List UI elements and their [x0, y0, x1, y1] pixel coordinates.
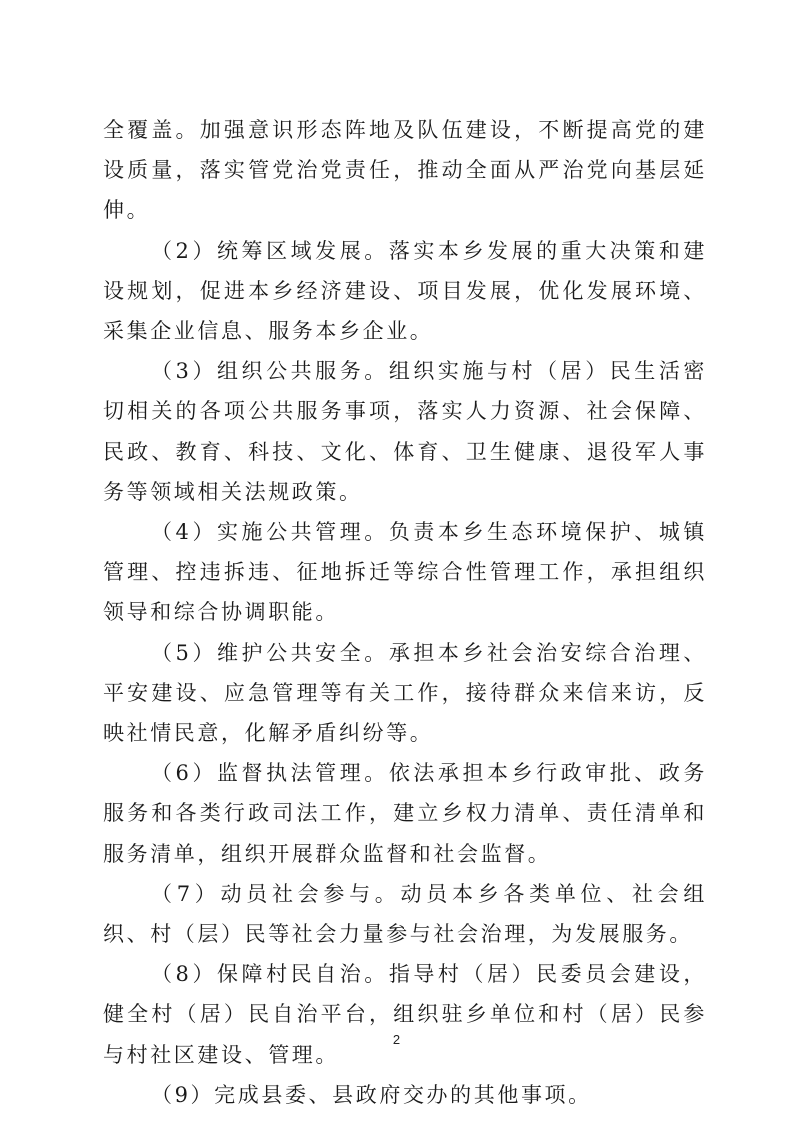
paragraph-item-9: （9）完成县委、县政府交办的其他事项。 [103, 1075, 707, 1115]
paragraph-item-3: （3）组织公共服务。组织实施与村（居）民生活密切相关的各项公共服务事项，落实人力… [103, 351, 707, 512]
paragraph-item-8: （8）保障村民自治。指导村（居）民委员会建设，健全村（居）民自治平台，组织驻乡单… [103, 954, 707, 1075]
paragraph-item-6: （6）监督执法管理。依法承担本乡行政审批、政务服务和各类行政司法工作，建立乡权力… [103, 753, 707, 874]
paragraph-item-7: （7）动员社会参与。动员本乡各类单位、社会组织、村（层）民等社会力量参与社会治理… [103, 874, 707, 954]
page-number: 2 [0, 1032, 793, 1047]
paragraph-item-4: （4）实施公共管理。负责本乡生态环境保护、城镇管理、控违拆违、征地拆迁等综合性管… [103, 512, 707, 633]
document-body: 全覆盖。加强意识形态阵地及队伍建设，不断提高党的建设质量，落实管党治党责任，推动… [103, 110, 707, 1115]
paragraph-item-5: （5）维护公共安全。承担本乡社会治安综合治理、平安建设、应急管理等有关工作，接待… [103, 633, 707, 754]
paragraph-continuation: 全覆盖。加强意识形态阵地及队伍建设，不断提高党的建设质量，落实管党治党责任，推动… [103, 110, 707, 231]
paragraph-item-2: （2）统筹区域发展。落实本乡发展的重大决策和建设规划，促进本乡经济建设、项目发展… [103, 231, 707, 352]
